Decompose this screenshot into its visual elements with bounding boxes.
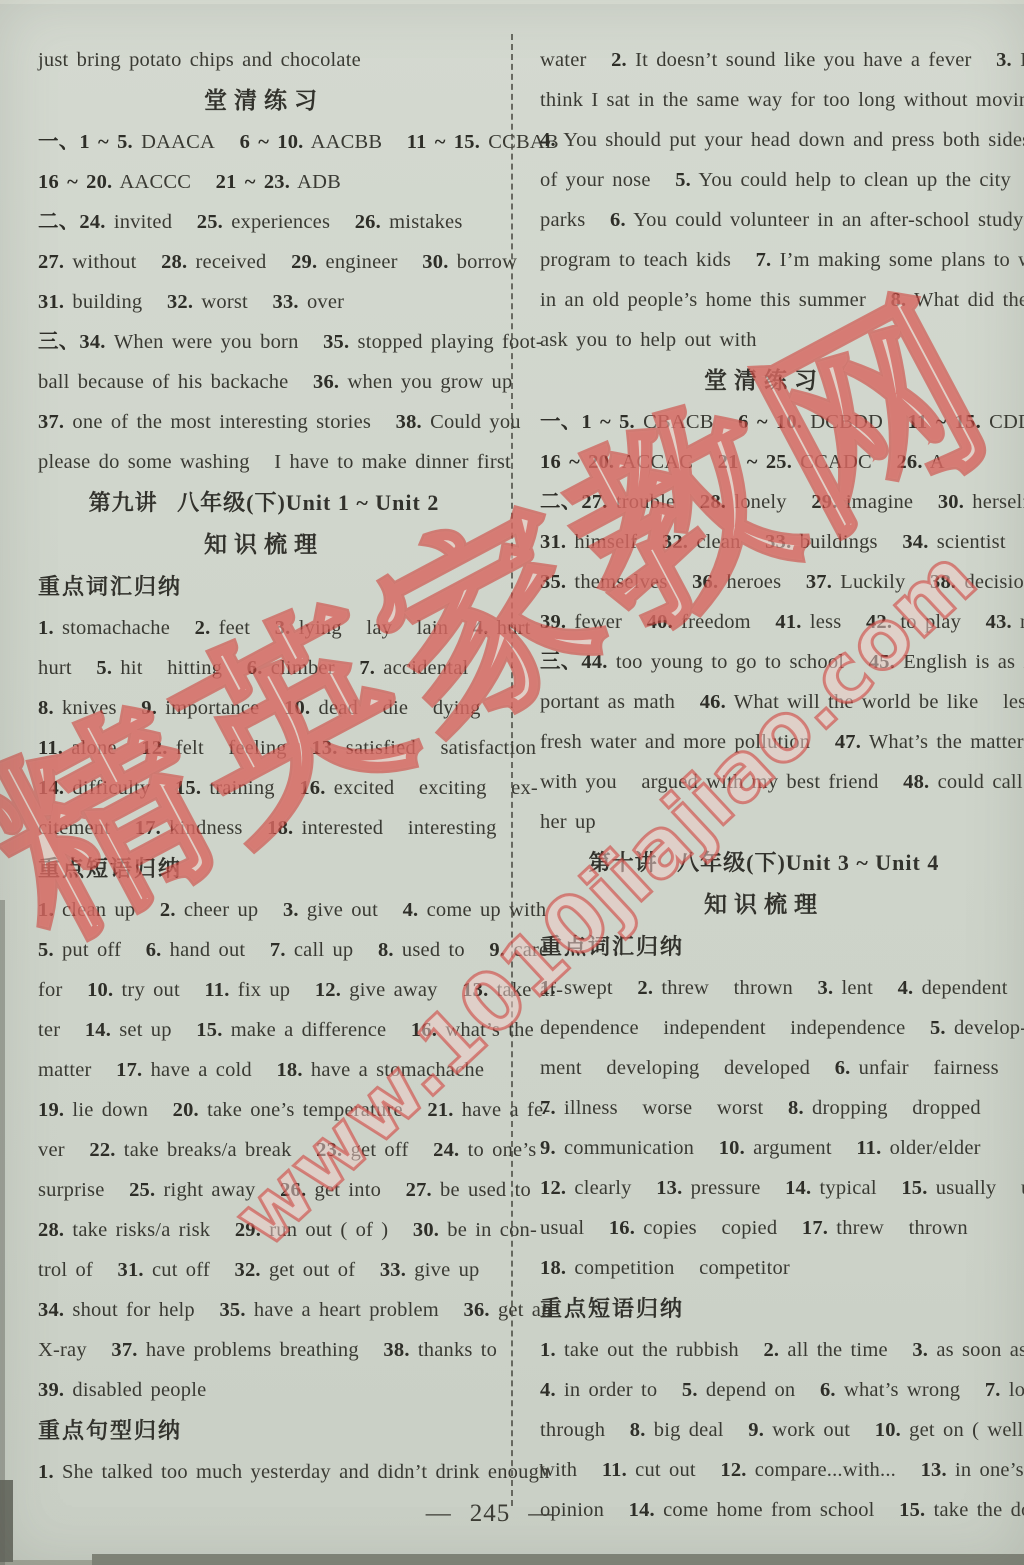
text-line: matter 17. have a cold 18. have a stomac…	[38, 1050, 490, 1090]
text-line: 14. difficulty 15. training 16. excited …	[38, 768, 490, 808]
text-line: trol of 31. cut off 32. get out of 33. g…	[38, 1250, 490, 1290]
text-line: ask you to help out with	[540, 320, 988, 360]
scan-edge-bottom	[92, 1554, 1024, 1565]
text-line: 8. knives 9. importance 10. dead die dyi…	[38, 688, 490, 728]
section-heading: 第九讲 八年级(下)Unit 1 ~ Unit 2	[38, 482, 490, 524]
text-line: X-ray 37. have problems breathing 38. th…	[38, 1330, 490, 1370]
text-line: 1. She talked too much yesterday and did…	[38, 1452, 490, 1492]
left-column: just bring potato chips and chocolate堂清练…	[38, 40, 490, 1492]
text-line: surprise 25. right away 26. get into 27.…	[38, 1170, 490, 1210]
text-line: 1. swept 2. threw thrown 3. lent 4. depe…	[540, 968, 988, 1008]
text-line: ver 22. take breaks/a break 23. get off …	[38, 1130, 490, 1170]
text-line: ment developing developed 6. unfair fair…	[540, 1048, 988, 1088]
text-line: 4. You should put your head down and pre…	[540, 120, 988, 160]
section-heading: 第十讲 八年级(下)Unit 3 ~ Unit 4	[540, 842, 988, 884]
text-line: in an old people’s home this summer 8. W…	[540, 280, 988, 320]
text-line: 4. in order to 5. depend on 6. what’s wr…	[540, 1370, 988, 1410]
text-line: please do some washing I have to make di…	[38, 442, 490, 482]
footer-dash-left: —	[426, 1500, 452, 1527]
text-line: ter 14. set up 15. make a difference 16.…	[38, 1010, 490, 1050]
text-line: 二、27. trouble 28. lonely 29. imagine 30.…	[540, 482, 988, 522]
text-line: 35. themselves 36. heroes 37. Luckily 38…	[540, 562, 988, 602]
text-line: portant as math 46. What will the world …	[540, 682, 988, 722]
section-heading: 重点句型归纳	[38, 1410, 490, 1452]
text-line: usual 16. copies copied 17. threw thrown	[540, 1208, 988, 1248]
section-heading: 重点词汇归纳	[38, 566, 490, 608]
text-line: 一、1 ~ 5. DAACA 6 ~ 10. AACBB 11 ~ 15. CC…	[38, 122, 490, 162]
text-line: think I sat in the same way for too long…	[540, 80, 988, 120]
text-line: of your nose 5. You could help to clean …	[540, 160, 988, 200]
scanned-page: { "watermark": { "cn": "精英家教网", "url": "…	[0, 0, 1024, 1565]
page-footer: —245—	[290, 1500, 690, 1528]
text-line: parks 6. You could volunteer in an after…	[540, 200, 988, 240]
text-line: 31. himself 32. clean 33. buildings 34. …	[540, 522, 988, 562]
text-line: 39. disabled people	[38, 1370, 490, 1410]
text-line: dependence independent independence 5. d…	[540, 1008, 988, 1048]
text-line: ball because of his backache 36. when yo…	[38, 362, 490, 402]
scan-edge-bottom-left	[0, 1560, 92, 1565]
text-line: 37. one of the most interesting stories …	[38, 402, 490, 442]
page-number: 245	[470, 1500, 511, 1527]
text-line: 31. building 32. worst 33. over	[38, 282, 490, 322]
text-line: 5. put off 6. hand out 7. call up 8. use…	[38, 930, 490, 970]
section-heading: 重点词汇归纳	[540, 926, 988, 968]
text-line: program to teach kids 7. I’m making some…	[540, 240, 988, 280]
footer-dash-right: —	[528, 1500, 554, 1527]
text-line: 三、44. too young to go to school 45. Engl…	[540, 642, 988, 682]
text-line: 16 ~ 20. AACCC 21 ~ 23. ADB	[38, 162, 490, 202]
section-heading: 知识梳理	[540, 884, 988, 926]
text-line: 12. clearly 13. pressure 14. typical 15.…	[540, 1168, 988, 1208]
text-line: 39. fewer 40. freedom 41. less 42. to pl…	[540, 602, 988, 642]
text-line: 18. competition competitor	[540, 1248, 988, 1288]
text-line: fresh water and more pollution 47. What’…	[540, 722, 988, 762]
text-line: water 2. It doesn’t sound like you have …	[540, 40, 988, 80]
column-divider	[511, 34, 513, 1506]
text-line: with 11. cut out 12. compare...with... 1…	[540, 1450, 988, 1490]
text-line: with you argued with my best friend 48. …	[540, 762, 988, 802]
section-heading: 堂清练习	[540, 360, 988, 402]
text-line: 27. without 28. received 29. engineer 30…	[38, 242, 490, 282]
text-line: 一、1 ~ 5. CBACB 6 ~ 10. DCBDD 11 ~ 15. CD…	[540, 402, 988, 442]
text-line: 二、24. invited 25. experiences 26. mistak…	[38, 202, 490, 242]
text-line: for 10. try out 11. fix up 12. give away…	[38, 970, 490, 1010]
scan-edge-top	[0, 0, 1024, 4]
text-line: 1. take out the rubbish 2. all the time …	[540, 1330, 988, 1370]
text-line: 19. lie down 20. take one’s temperature …	[38, 1090, 490, 1130]
text-line: citement 17. kindness 18. interested int…	[38, 808, 490, 848]
right-column: water 2. It doesn’t sound like you have …	[540, 40, 988, 1530]
text-line: 9. communication 10. argument 11. older/…	[540, 1128, 988, 1168]
text-line: hurt 5. hit hitting 6. climber 7. accide…	[38, 648, 490, 688]
text-line: 16 ~ 20. ACCAC 21 ~ 25. CCADC 26. A	[540, 442, 988, 482]
text-line: 11. alone 12. felt feeling 13. satisfied…	[38, 728, 490, 768]
section-heading: 堂清练习	[38, 80, 490, 122]
text-line: 7. illness worse worst 8. dropping dropp…	[540, 1088, 988, 1128]
text-line: her up	[540, 802, 988, 842]
text-line: through 8. big deal 9. work out 10. get …	[540, 1410, 988, 1450]
scan-edge-left	[0, 900, 5, 1565]
section-heading: 知识梳理	[38, 524, 490, 566]
text-line: 1. clean up 2. cheer up 3. give out 4. c…	[38, 890, 490, 930]
text-line: 34. shout for help 35. have a heart prob…	[38, 1290, 490, 1330]
text-line: 三、34. When were you born 35. stopped pla…	[38, 322, 490, 362]
section-heading: 重点短语归纳	[38, 848, 490, 890]
section-heading: 重点短语归纳	[540, 1288, 988, 1330]
text-line: 1. stomachache 2. feet 3. lying lay lain…	[38, 608, 490, 648]
text-line: just bring potato chips and chocolate	[38, 40, 490, 80]
text-line: 28. take risks/a risk 29. run out ( of )…	[38, 1210, 490, 1250]
